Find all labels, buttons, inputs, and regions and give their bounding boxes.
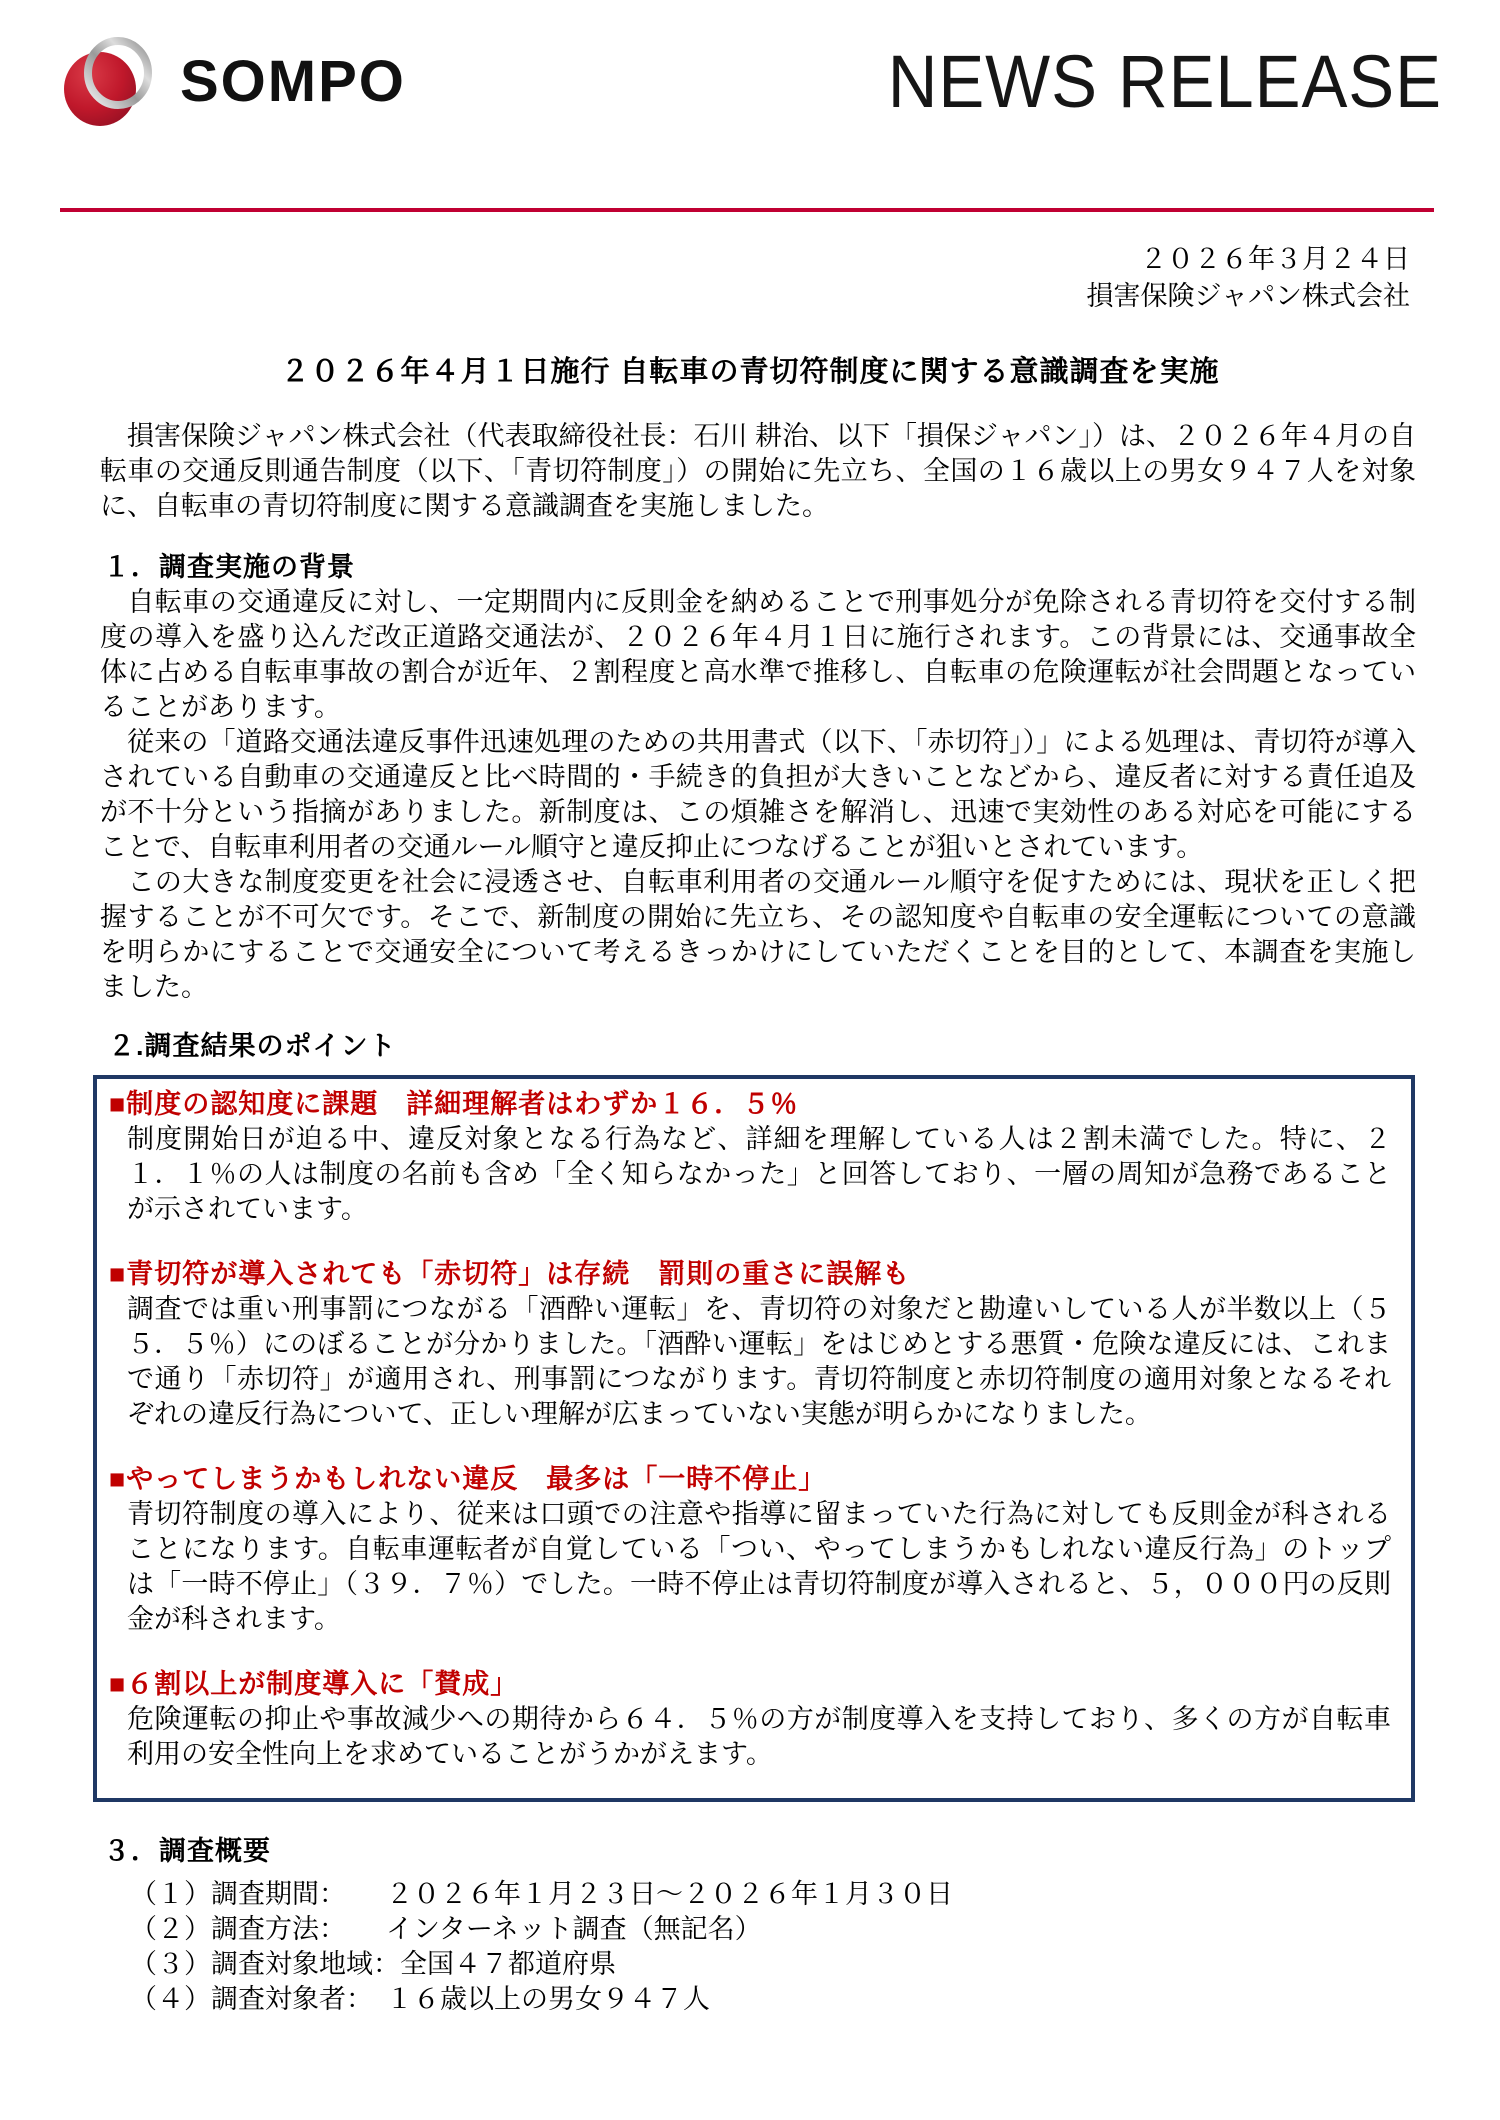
point-likely-violation: ■やってしまうかもしれない違反 最多は「一時不停止」 青切符制度の導入により、従… bbox=[109, 1462, 1393, 1637]
point-3-heading: ■やってしまうかもしれない違反 最多は「一時不停止」 bbox=[109, 1462, 1393, 1497]
point-3-body: 青切符制度の導入により、従来は口頭での注意や指導に留まっていた行為に対しても反則… bbox=[109, 1497, 1393, 1637]
section-2-heading: ２.調査結果のポイント bbox=[108, 1029, 1416, 1064]
news-release-title: NEWS RELEASE bbox=[888, 36, 1442, 128]
release-date: ２０２６年３月２４日 bbox=[1087, 241, 1410, 278]
background-paragraph-3: この大きな制度変更を社会に浸透させ、自転車利用者の交通ルール順守を促すためには、… bbox=[100, 865, 1416, 1005]
survey-item-label: （４）調査対象者： bbox=[130, 1982, 386, 2017]
point-4-heading: ■６割以上が制度導入に「賛成」 bbox=[109, 1667, 1393, 1702]
survey-item-label: （１）調査期間： bbox=[130, 1877, 386, 1912]
survey-item-label: （２）調査方法： bbox=[130, 1912, 386, 1947]
sompo-logo-text: SOMPO bbox=[180, 36, 406, 128]
survey-points-box: ■制度の認知度に課題 詳細理解者はわずか１６．５％ 制度開始日が迫る中、違反対象… bbox=[93, 1075, 1415, 1802]
point-approval: ■６割以上が制度導入に「賛成」 危険運転の抑止や事故減少への期待から６４．５％の… bbox=[109, 1667, 1393, 1772]
point-4-body: 危険運転の抑止や事故減少への期待から６４．５％の方が制度導入を支持しており、多く… bbox=[109, 1702, 1393, 1772]
survey-item-value: インターネット調査（無記名） bbox=[386, 1912, 762, 1947]
point-1-body: 制度開始日が迫る中、違反対象となる行為など、詳細を理解している人は２割未満でした… bbox=[109, 1122, 1393, 1227]
survey-item-label: （３）調査対象地域： bbox=[130, 1947, 400, 1982]
point-2-heading: ■青切符が導入されても「赤切符」は存続 罰則の重さに誤解も bbox=[109, 1257, 1393, 1292]
intro-paragraph: 損害保険ジャパン株式会社（代表取締役社長：石川 耕治、以下「損保ジャパン」）は、… bbox=[100, 419, 1416, 524]
survey-row-method: （２）調査方法： インターネット調査（無記名） bbox=[130, 1912, 1416, 1947]
point-2-body: 調査では重い刑事罰につながる「酒酔い運転」を、青切符の対象だと勘違いしている人が… bbox=[109, 1292, 1393, 1432]
survey-item-value: 全国４７都道府県 bbox=[400, 1947, 616, 1982]
point-1-heading: ■制度の認知度に課題 詳細理解者はわずか１６．５％ bbox=[109, 1087, 1393, 1122]
press-release-page: SOMPO NEWS RELEASE ２０２６年３月２４日 損害保険ジャパン株式… bbox=[0, 0, 1500, 2120]
background-paragraph-2: 従来の「道路交通法違反事件迅速処理のための共用書式（以下、「赤切符」）」による処… bbox=[100, 725, 1416, 865]
section-1-heading: １．調査実施の背景 bbox=[103, 550, 1416, 585]
survey-row-area: （３）調査対象地域： 全国４７都道府県 bbox=[130, 1947, 1416, 1982]
survey-item-value: ２０２６年１月２３日～２０２６年１月３０日 bbox=[386, 1877, 953, 1912]
sompo-logo-icon bbox=[60, 36, 164, 128]
survey-item-value: １６歳以上の男女９４７人 bbox=[386, 1982, 710, 2017]
point-red-ticket: ■青切符が導入されても「赤切符」は存続 罰則の重さに誤解も 調査では重い刑事罰に… bbox=[109, 1257, 1393, 1432]
background-paragraph-1: 自転車の交通違反に対し、一定期間内に反則金を納めることで刑事処分が免除される青切… bbox=[100, 585, 1416, 725]
header: SOMPO NEWS RELEASE bbox=[60, 36, 1442, 128]
survey-overview-list: （１）調査期間： ２０２６年１月２３日～２０２６年１月３０日 （２）調査方法： … bbox=[100, 1877, 1416, 2017]
sompo-logo: SOMPO bbox=[60, 36, 406, 128]
point-awareness: ■制度の認知度に課題 詳細理解者はわずか１６．５％ 制度開始日が迫る中、違反対象… bbox=[109, 1087, 1393, 1227]
company-name: 損害保険ジャパン株式会社 bbox=[1087, 278, 1410, 315]
document-body: 損害保険ジャパン株式会社（代表取締役社長：石川 耕治、以下「損保ジャパン」）は、… bbox=[100, 419, 1416, 2017]
section-3-heading: ３．調査概要 bbox=[103, 1834, 1416, 1869]
release-meta: ２０２６年３月２４日 損害保険ジャパン株式会社 bbox=[1087, 241, 1410, 315]
page-title: ２０２６年４月１日施行 自転車の青切符制度に関する意識調査を実施 bbox=[0, 349, 1500, 390]
header-divider bbox=[60, 208, 1434, 212]
survey-row-period: （１）調査期間： ２０２６年１月２３日～２０２６年１月３０日 bbox=[130, 1877, 1416, 1912]
survey-row-subjects: （４）調査対象者： １６歳以上の男女９４７人 bbox=[130, 1982, 1416, 2017]
